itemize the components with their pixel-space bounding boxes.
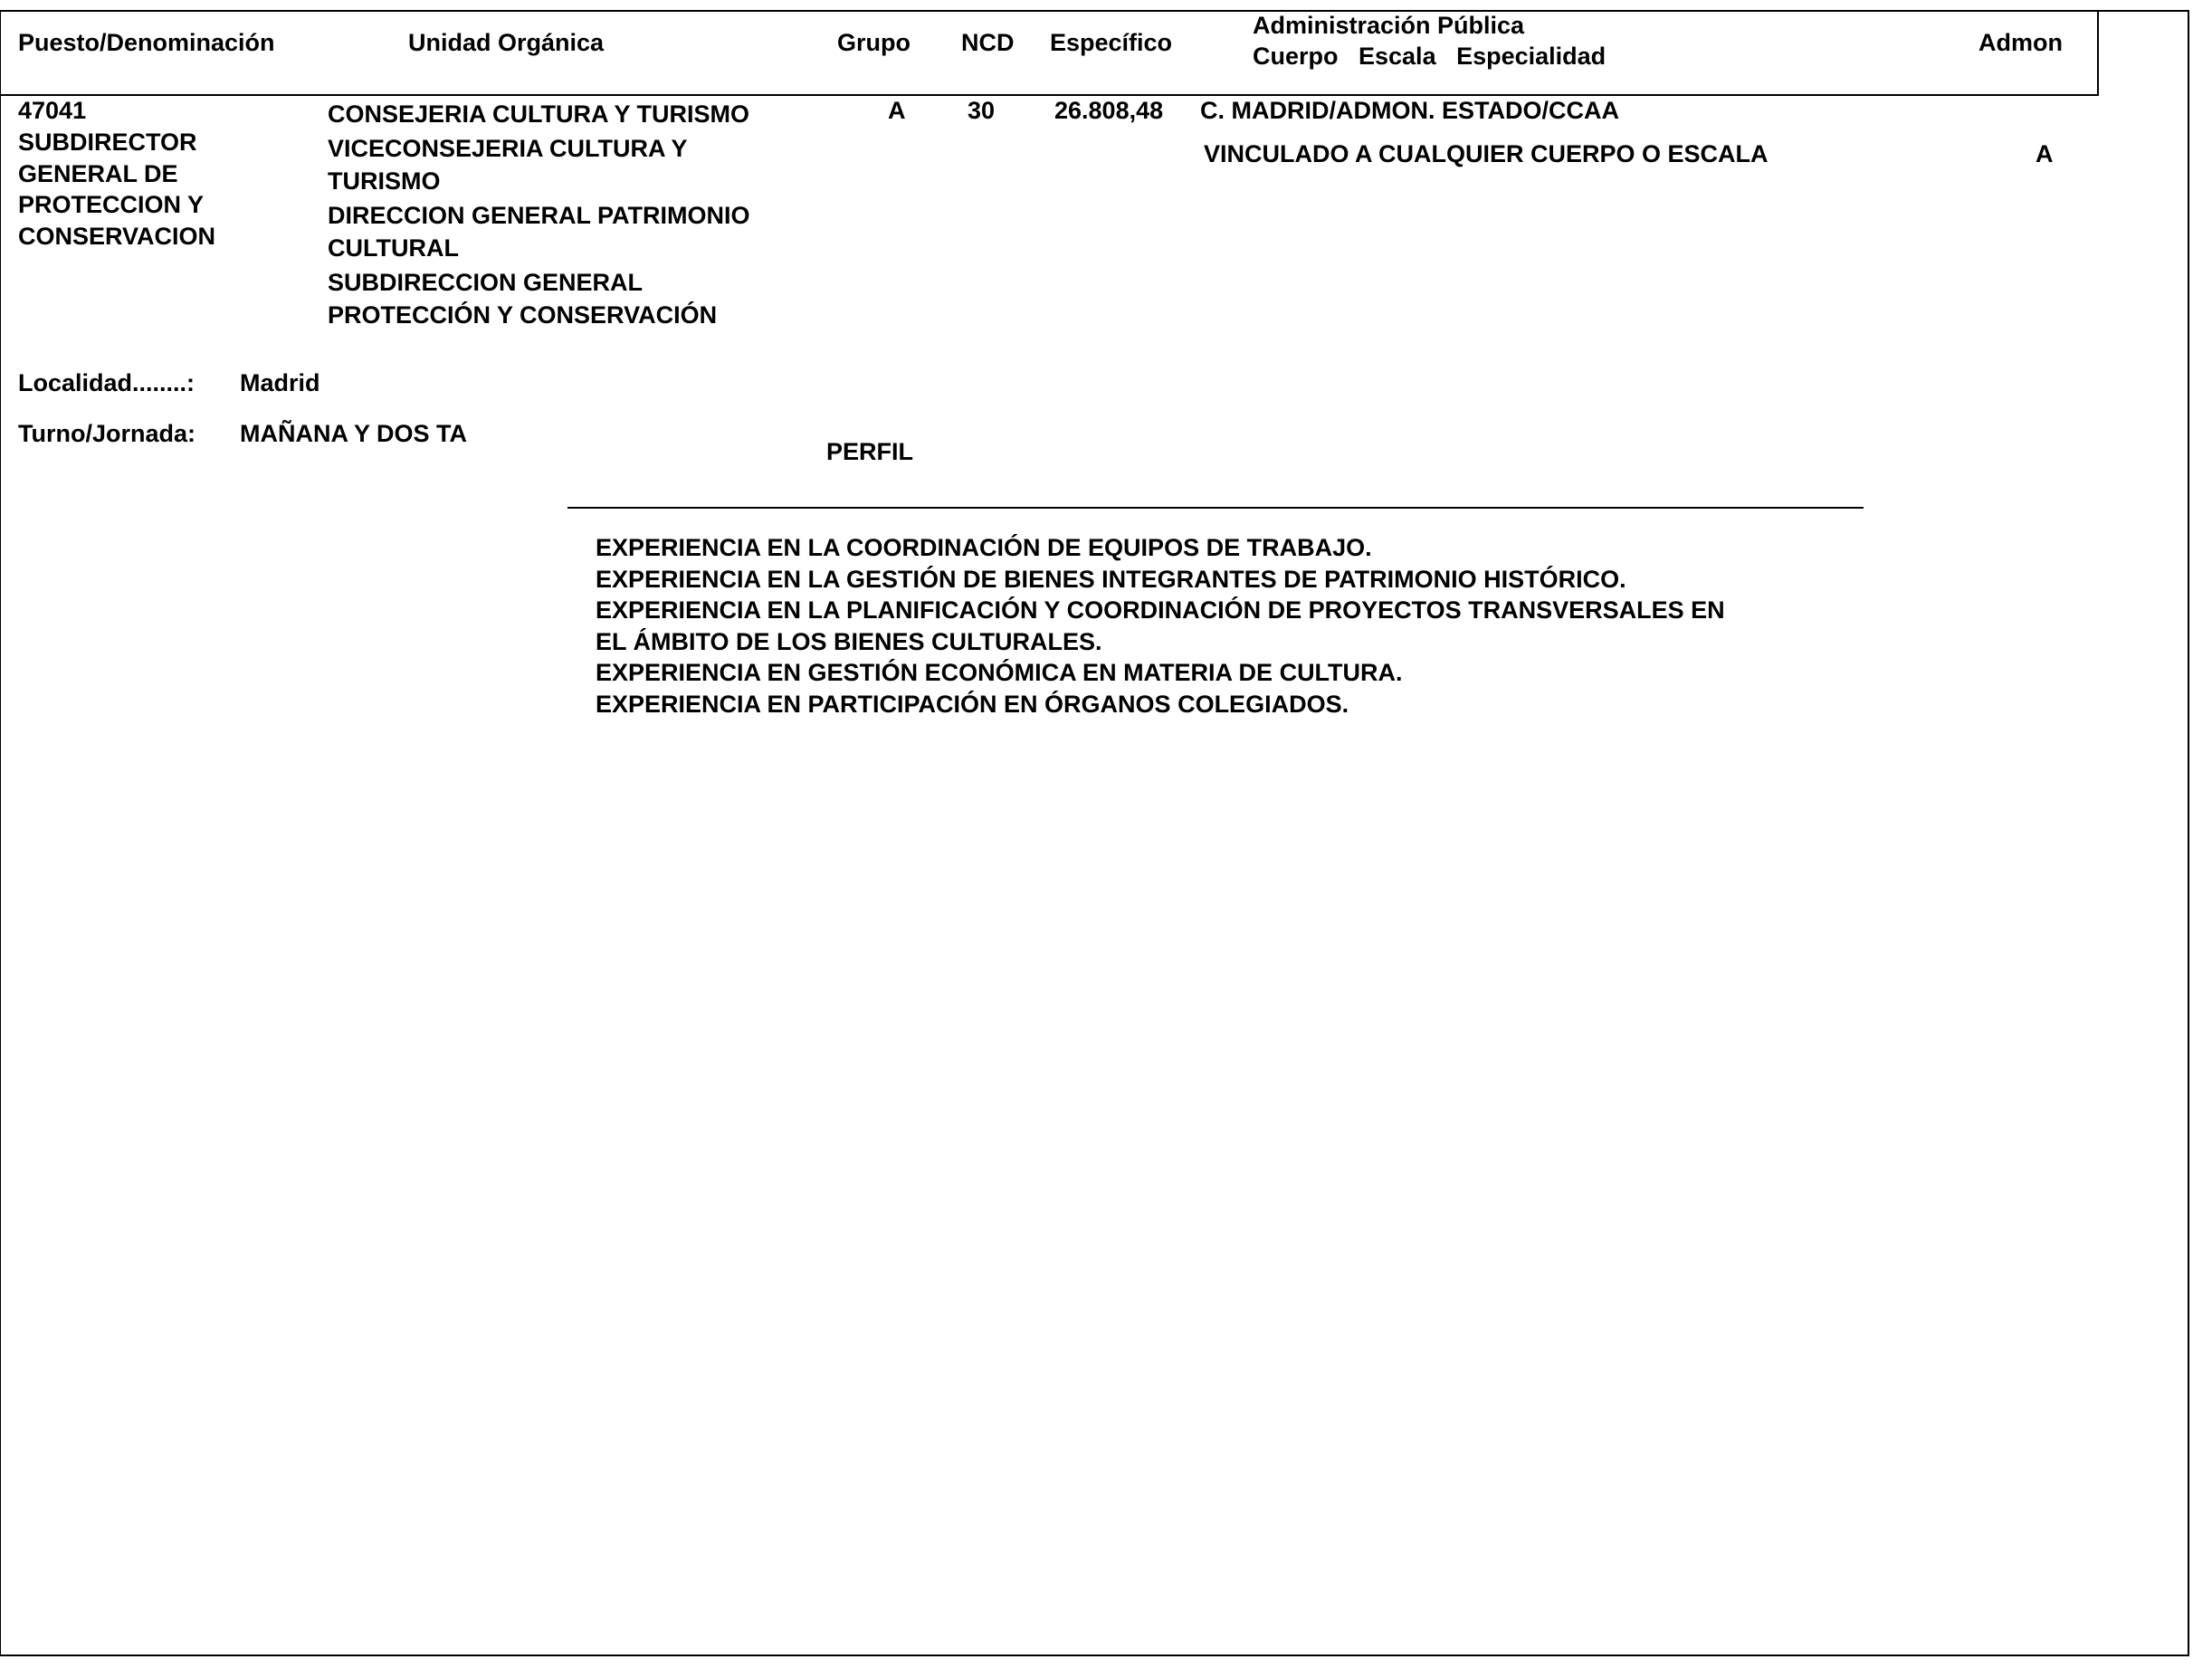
especifico-value: 26.808,48 [1054,94,1163,127]
perfil-line: EL ÁMBITO DE LOS BIENES CULTURALES. [596,626,1863,658]
denominacion-line: PROTECCION Y [18,189,215,221]
localidad-label: Localidad........: [18,367,195,399]
unidad-organica-item: DIRECCION GENERAL PATRIMONIOCULTURAL [328,199,750,264]
header-especifico: Específico [1050,28,1172,57]
unidad-organica-line: DIRECCION GENERAL PATRIMONIO [328,199,750,232]
admon-value: A [2036,138,2054,170]
perfil-divider [567,507,1864,509]
denominacion-line: SUBDIRECTOR [18,127,215,158]
unidad-organica-line: TURISMO [328,165,750,197]
turno-value: MAÑANA Y DOS TA [240,417,467,450]
unidad-organica-line: VICECONSEJERIA CULTURA Y [328,132,750,165]
administracion-value: C. MADRID/ADMON. ESTADO/CCAA [1200,94,1619,127]
header-admon: Admon [1978,28,2063,57]
localidad-value: Madrid [240,367,320,399]
perfil-line: EXPERIENCIA EN LA PLANIFICACIÓN Y COORDI… [596,595,1863,626]
puesto-code: 47041 [18,94,86,127]
perfil-title: PERFIL [826,435,913,468]
puesto-denominacion: SUBDIRECTORGENERAL DEPROTECCION YCONSERV… [18,127,215,252]
ncd-value: 30 [968,94,995,127]
perfil-line: EXPERIENCIA EN PARTICIPACIÓN EN ÓRGANOS … [596,689,1863,720]
perfil-line: EXPERIENCIA EN LA GESTIÓN DE BIENES INTE… [596,564,1863,596]
unidad-organica-item: CONSEJERIA CULTURA Y TURISMO [328,98,750,130]
perfil-requirements-list: EXPERIENCIA EN LA COORDINACIÓN DE EQUIPO… [596,532,1863,720]
perfil-line: EXPERIENCIA EN GESTIÓN ECONÓMICA EN MATE… [596,657,1863,689]
turno-label: Turno/Jornada: [18,417,195,450]
header-unidad-organica: Unidad Orgánica [408,28,604,57]
unidad-organica-item: SUBDIRECCION GENERALPROTECCIÓN Y CONSERV… [328,266,750,331]
unidad-organica-line: PROTECCIÓN Y CONSERVACIÓN [328,299,750,331]
cuerpo-value: VINCULADO A CUALQUIER CUERPO O ESCALA [1204,138,1769,170]
denominacion-line: GENERAL DE [18,158,215,190]
grupo-value: A [888,94,906,127]
unidad-organica-list: CONSEJERIA CULTURA Y TURISMOVICECONSEJER… [328,98,750,333]
header-ncd: NCD [961,28,1015,57]
header-administracion-publica: Administración Pública [1253,11,1524,40]
perfil-line: EXPERIENCIA EN LA COORDINACIÓN DE EQUIPO… [596,532,1863,564]
unidad-organica-line: SUBDIRECCION GENERAL [328,266,750,299]
unidad-organica-line: CONSEJERIA CULTURA Y TURISMO [328,98,750,130]
denominacion-line: CONSERVACION [18,221,215,253]
unidad-organica-line: CULTURAL [328,232,750,264]
header-puesto: Puesto/Denominación [18,28,275,57]
header-grupo: Grupo [837,28,911,57]
unidad-organica-item: VICECONSEJERIA CULTURA YTURISMO [328,132,750,197]
header-cuerpo-escala-especialidad: Cuerpo Escala Especialidad [1253,42,1606,71]
